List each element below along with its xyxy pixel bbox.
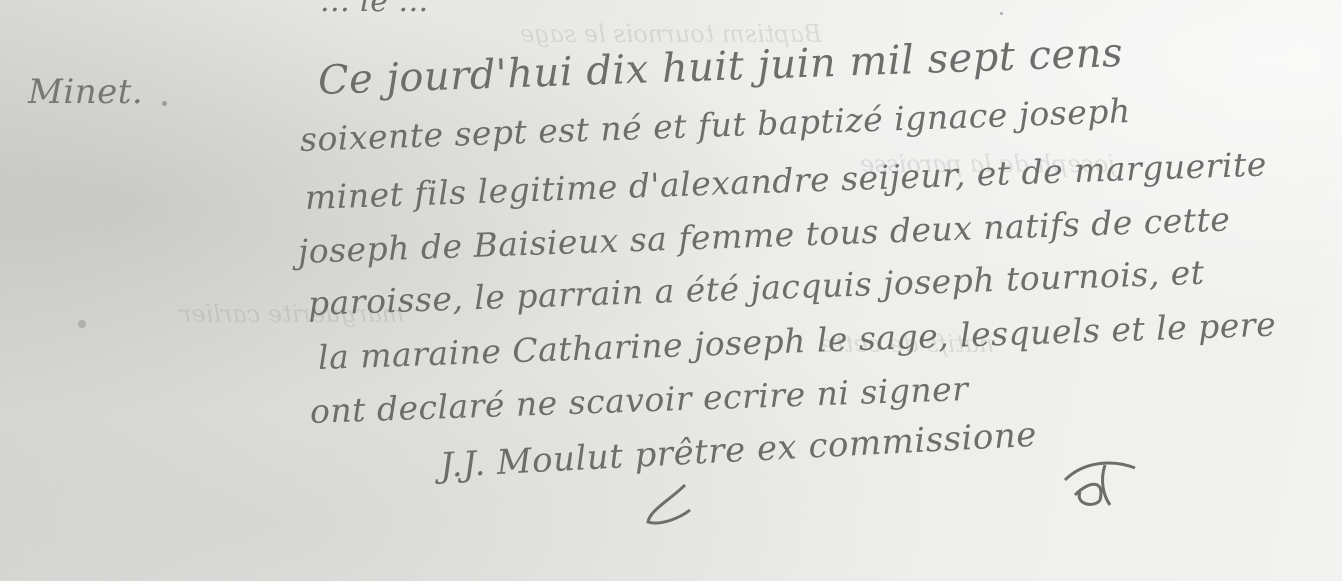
entry-line-7: ont declaré ne scavoir ecrire ni signer: [309, 369, 969, 431]
top-fragment-text: ... le ...: [320, 0, 429, 19]
ink-dot: [1000, 12, 1003, 15]
priest-signature: J.J. Moulut prêtre ex commissione: [439, 415, 1038, 486]
register-page: Baptism tournois le sage joseph de la pa…: [0, 0, 1342, 581]
signature-flourish-icon: [1055, 450, 1145, 510]
stain-spot: [78, 320, 86, 328]
margin-name: Minet.: [28, 72, 143, 112]
entry-line-2: soixente sept est né et fut baptizé igna…: [299, 91, 1131, 159]
ink-dot: [162, 101, 167, 106]
paraph-flourish-icon: [640, 480, 700, 530]
